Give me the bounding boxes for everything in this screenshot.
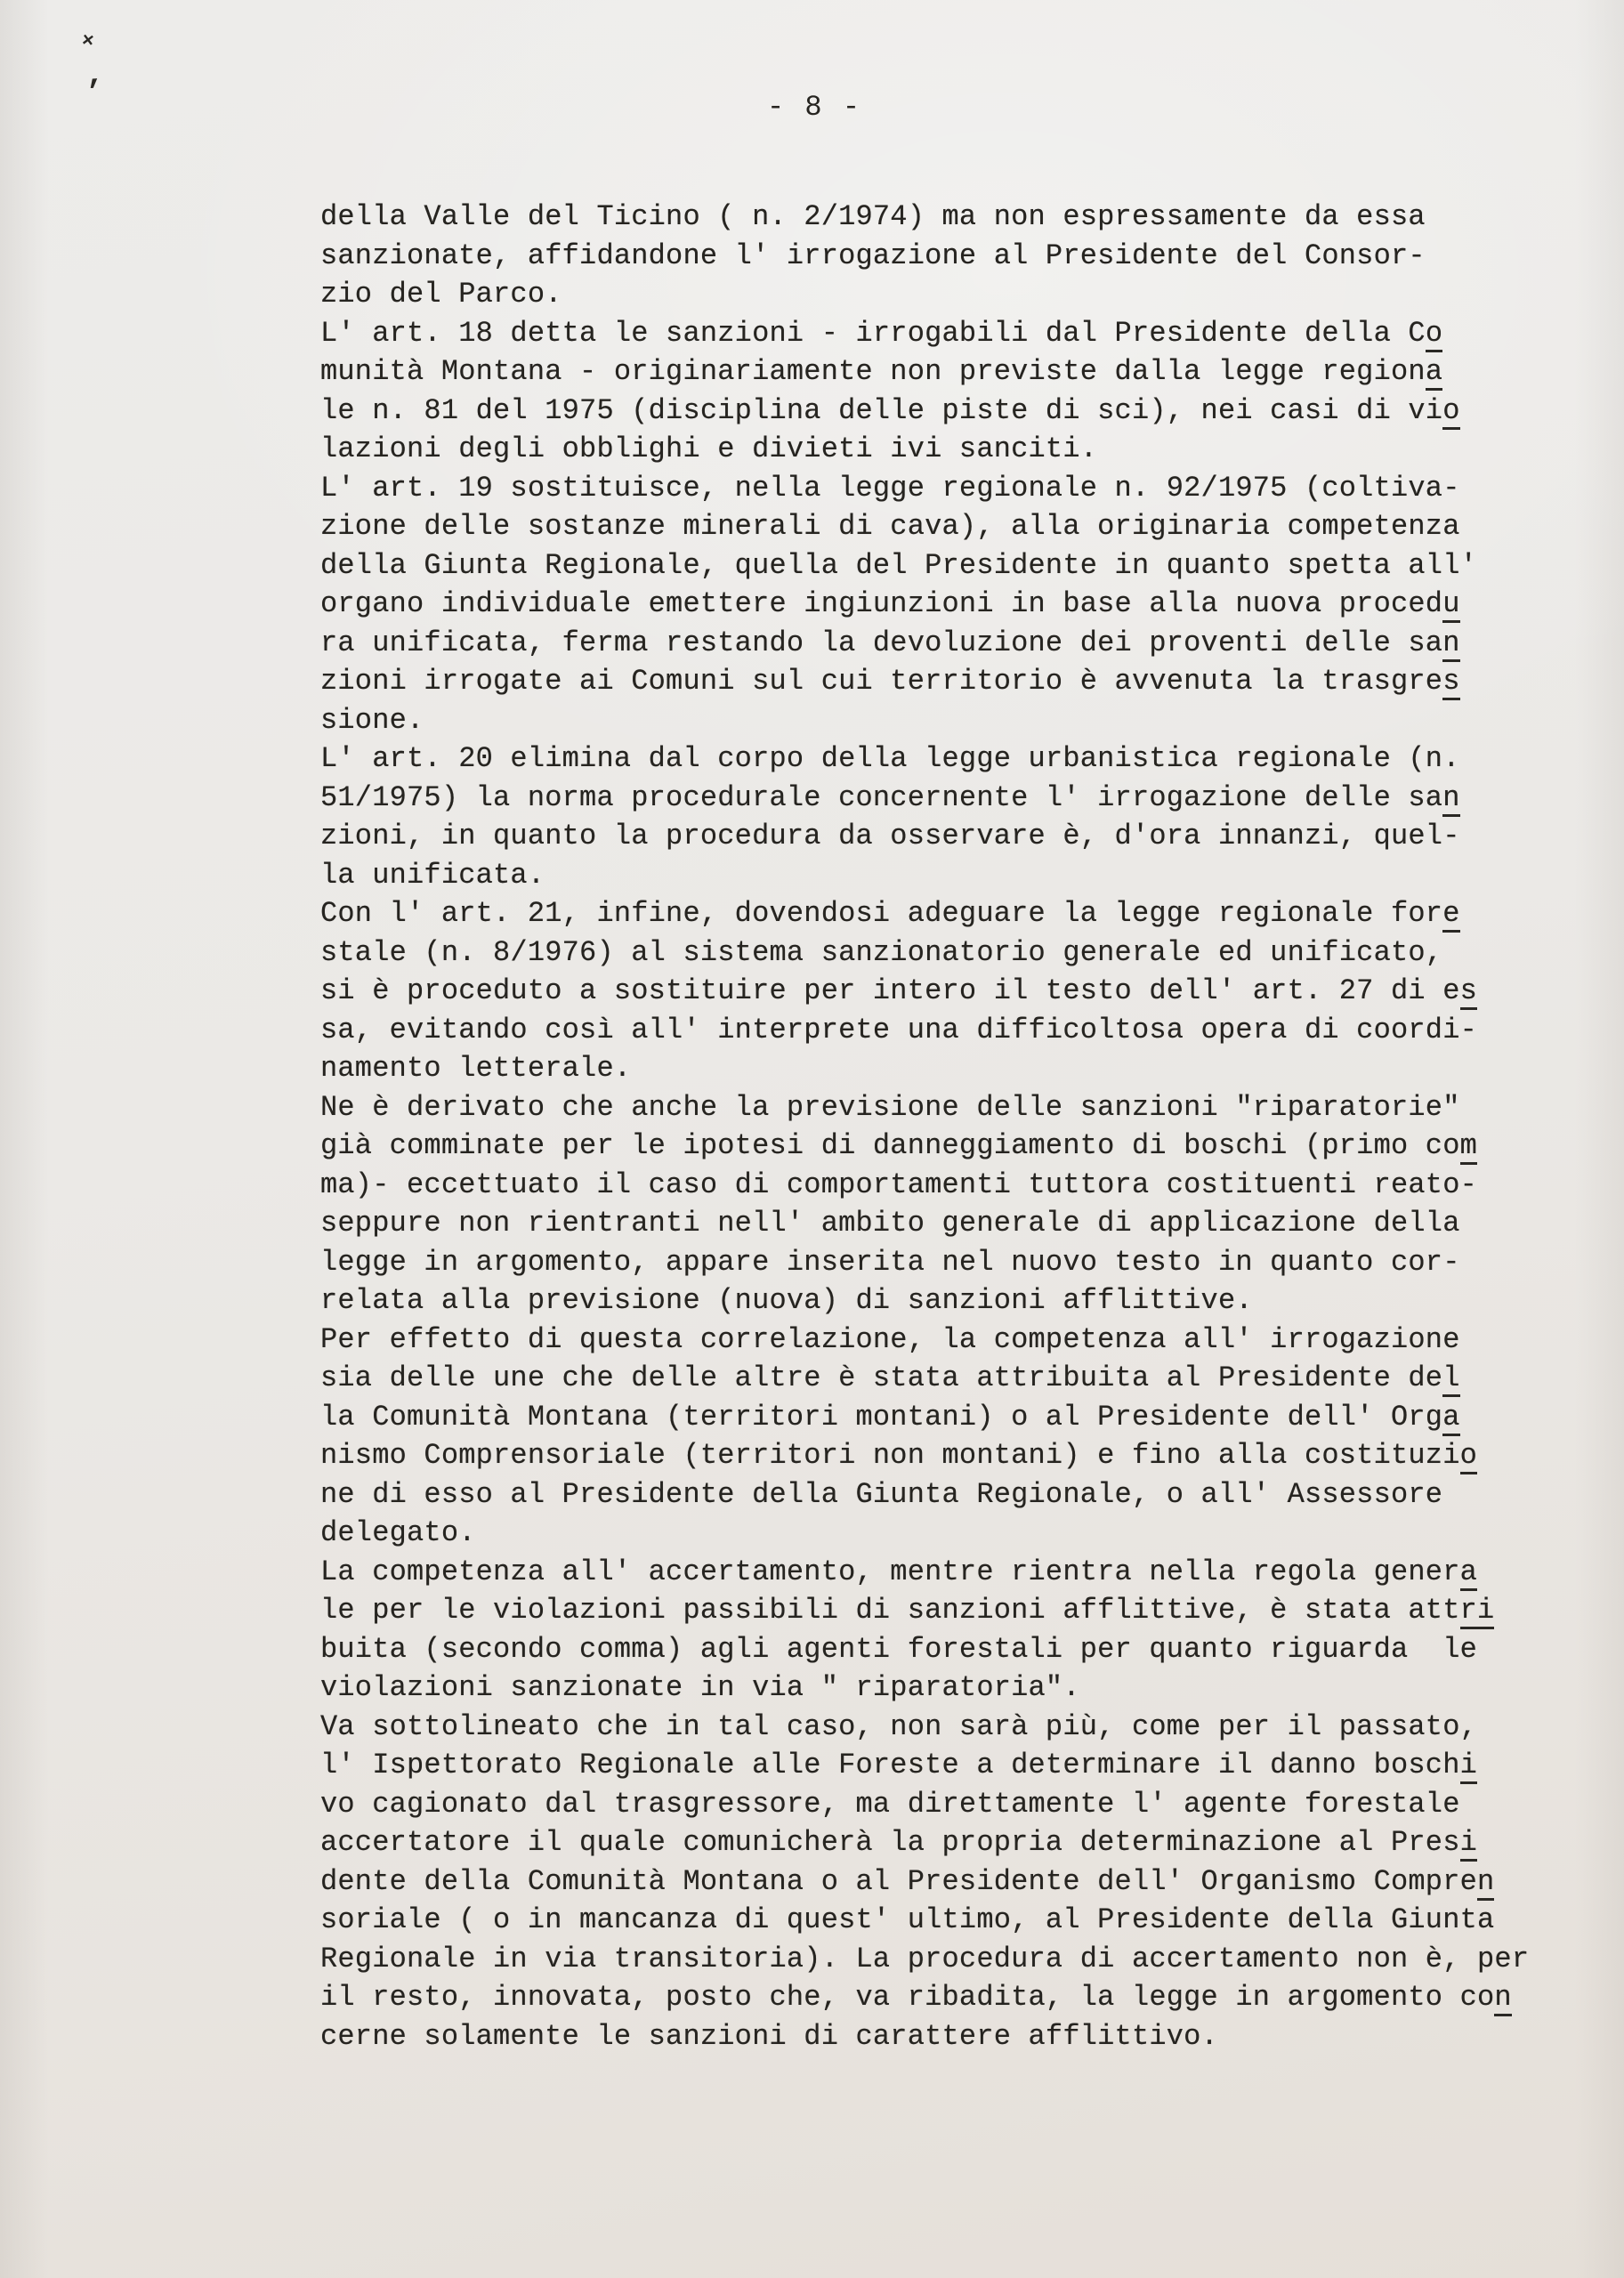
text-line: zio del Parco. (320, 275, 1566, 314)
text-line: munità Montana - originariamente non pre… (320, 352, 1566, 392)
text-line: le n. 81 del 1975 (disciplina delle pist… (320, 392, 1566, 431)
text-line: zioni, in quanto la procedura da osserva… (320, 817, 1566, 856)
underlined-syllable: n (1442, 626, 1459, 662)
page-number: - 8 - (767, 91, 861, 124)
underlined-syllable: n (1442, 781, 1459, 817)
text-line: accertatore il quale comunicherà la prop… (320, 1823, 1566, 1862)
text-line: Regionale in via transitoria). La proced… (320, 1940, 1566, 1979)
underlined-syllable: o (1426, 317, 1442, 352)
underlined-syllable: i (1460, 1749, 1477, 1784)
text-line: sia delle une che delle altre è stata at… (320, 1359, 1566, 1398)
text-line: violazioni sanzionate in via " riparator… (320, 1668, 1566, 1708)
text-line: le per le violazioni passibili di sanzio… (320, 1591, 1566, 1630)
underlined-syllable: ri (1460, 1594, 1495, 1629)
ink-mark-top-left-1: × (81, 31, 95, 53)
underlined-syllable: a (1426, 355, 1442, 391)
text-line: soriale ( o in mancanza di quest' ultimo… (320, 1901, 1566, 1940)
text-line: legge in argomento, appare inserita nel … (320, 1243, 1566, 1282)
underlined-syllable: e (1442, 897, 1459, 933)
text-line: sione. (320, 701, 1566, 740)
text-line: sa, evitando così all' interprete una di… (320, 1011, 1566, 1050)
scanned-document-page: × ’ - 8 - della Valle del Ticino ( n. 2/… (0, 0, 1624, 2278)
underlined-syllable: a (1460, 1555, 1477, 1591)
text-line: 51/1975) la norma procedurale concernent… (320, 779, 1566, 818)
text-line: Con l' art. 21, infine, dovendosi adegua… (320, 894, 1566, 933)
text-line: il resto, innovata, posto che, va ribadi… (320, 1978, 1566, 2017)
text-line: zione delle sostanze minerali di cava), … (320, 507, 1566, 546)
underlined-syllable: n (1494, 1981, 1511, 2016)
text-line: la unificata. (320, 856, 1566, 895)
text-line: dente della Comunità Montana o al Presid… (320, 1862, 1566, 1902)
text-line: seppure non rientranti nell' ambito gene… (320, 1204, 1566, 1243)
text-line: l' Ispettorato Regionale alle Foreste a … (320, 1746, 1566, 1785)
underlined-syllable: o (1460, 1439, 1477, 1474)
text-line: zioni irrogate ai Comuni sul cui territo… (320, 662, 1566, 701)
text-line: lazioni degli obblighi e divieti ivi san… (320, 430, 1566, 469)
text-line: relata alla previsione (nuova) di sanzio… (320, 1281, 1566, 1321)
text-line: la Comunità Montana (territori montani) … (320, 1398, 1566, 1437)
text-line: nismo Comprensoriale (territori non mont… (320, 1436, 1566, 1475)
text-line: della Giunta Regionale, quella del Presi… (320, 546, 1566, 586)
underlined-syllable: m (1460, 1129, 1477, 1165)
text-line: namento letterale. (320, 1049, 1566, 1088)
underlined-syllable: l (1442, 1361, 1459, 1397)
text-line: delegato. (320, 1514, 1566, 1553)
text-line: ra unificata, ferma restando la devoluzi… (320, 624, 1566, 663)
text-line: Per effetto di questa correlazione, la c… (320, 1321, 1566, 1360)
text-line: vo cagionato dal trasgressore, ma dirett… (320, 1785, 1566, 1824)
text-block: della Valle del Ticino ( n. 2/1974) ma n… (320, 198, 1566, 2056)
text-line: stale (n. 8/1976) al sistema sanzionator… (320, 933, 1566, 973)
text-line: ne di esso al Presidente della Giunta Re… (320, 1475, 1566, 1515)
underlined-syllable: u (1442, 587, 1459, 623)
text-line: ma)- eccettuato il caso di comportamenti… (320, 1166, 1566, 1205)
underlined-syllable: a (1442, 1401, 1459, 1436)
text-line: Ne è derivato che anche la previsione de… (320, 1088, 1566, 1127)
underlined-syllable: o (1442, 394, 1459, 430)
text-line: Va sottolineato che in tal caso, non sar… (320, 1708, 1566, 1747)
text-line: sanzionate, affidandone l' irrogazione a… (320, 237, 1566, 276)
text-line: L' art. 20 elimina dal corpo della legge… (320, 739, 1566, 779)
underlined-syllable: s (1460, 974, 1477, 1010)
text-line: della Valle del Ticino ( n. 2/1974) ma n… (320, 198, 1566, 237)
underlined-syllable: i (1460, 1826, 1477, 1862)
text-line: si è proceduto a sostituire per intero i… (320, 972, 1566, 1011)
text-line: buita (secondo comma) agli agenti forest… (320, 1630, 1566, 1669)
underlined-syllable: s (1442, 665, 1459, 700)
text-line: cerne solamente le sanzioni di carattere… (320, 2017, 1566, 2056)
text-line: La competenza all' accertamento, mentre … (320, 1553, 1566, 1592)
underlined-syllable: n (1477, 1865, 1494, 1901)
text-line: L' art. 18 detta le sanzioni - irrogabil… (320, 314, 1566, 353)
text-line: organo individuale emettere ingiunzioni … (320, 585, 1566, 624)
text-line: L' art. 19 sostituisce, nella legge regi… (320, 469, 1566, 508)
ink-mark-top-left-2: ’ (85, 77, 105, 109)
text-line: già comminate per le ipotesi di danneggi… (320, 1127, 1566, 1166)
